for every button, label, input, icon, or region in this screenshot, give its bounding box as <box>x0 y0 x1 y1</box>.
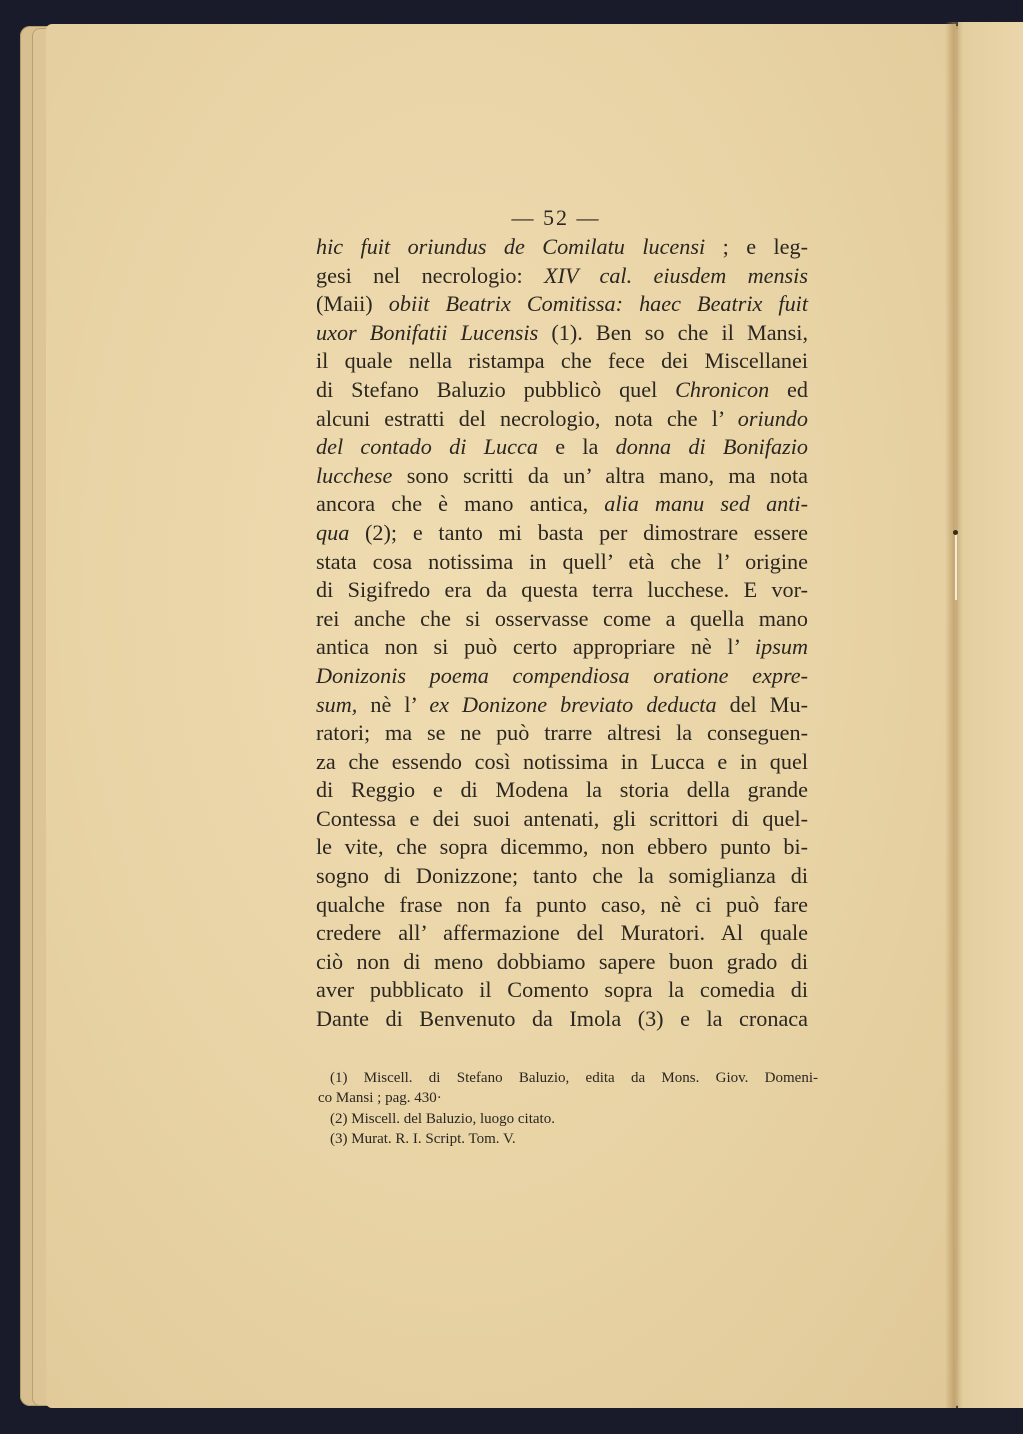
text-line: uxor Bonifatii Lucensis (1). Ben so che … <box>316 319 808 348</box>
text-segment: ; e leg- <box>705 234 808 259</box>
text-line: za che essendo così notissima in Lucca e… <box>316 748 808 777</box>
text-line: antica non si può certo appropriare nè l… <box>316 633 808 662</box>
text-line: di Sigifredo era da questa terra lucches… <box>316 576 808 605</box>
text-segment: ancora che è mano antica, <box>316 491 604 516</box>
text-segment: ratori; ma se ne può trarre altresi la c… <box>316 720 808 745</box>
italic-latin-text: qua <box>316 520 349 545</box>
italic-latin-text: ex Donizone breviato deducta <box>429 692 716 717</box>
italic-latin-text: XIV cal. eiusdem mensis <box>544 263 808 288</box>
text-line: Donizonis poema compendiosa oratione exp… <box>316 662 808 691</box>
footnote-text: co Mansi ; pag. 430· <box>318 1090 442 1106</box>
text-line: sum, nè l’ ex Donizone breviato deducta … <box>316 691 808 720</box>
text-line: Contessa e dei suoi antenati, gli scritt… <box>316 805 808 834</box>
italic-latin-text: ipsum <box>755 634 808 659</box>
text-segment: sogno di Donizzone; tanto che la somigli… <box>316 863 808 888</box>
body-paragraph: hic fuit oriundus de Comilatu lucensi ; … <box>316 233 808 1034</box>
footnote-marker: (3) <box>330 1131 351 1147</box>
text-line: ciò non di meno dobbiamo sapere buon gra… <box>316 948 808 977</box>
text-line: credere all’ affermazione del Muratori. … <box>316 919 808 948</box>
text-segment: alcuni estratti del necrologio, nota che… <box>316 406 738 431</box>
text-segment: (2); e tanto mi basta per dimostrare ess… <box>349 520 808 545</box>
page-marker-strip <box>955 530 957 600</box>
text-segment: di Sigifredo era da questa terra lucches… <box>316 577 808 602</box>
page-marker-dot <box>953 530 958 535</box>
text-segment: ed <box>769 377 808 402</box>
italic-latin-text: oriundo <box>738 406 808 431</box>
footnote-text: Miscell. del Baluzio, luogo citato. <box>351 1111 555 1127</box>
footnote-line: (1) Miscell. di Stefano Baluzio, edita d… <box>318 1068 818 1088</box>
text-line: stata cosa notissima in quell’ età che l… <box>316 548 808 577</box>
italic-latin-text: donna di Bonifazio <box>616 434 808 459</box>
text-segment: za che essendo così notissima in Lucca e… <box>316 749 808 774</box>
italic-latin-text: sum, <box>316 692 357 717</box>
text-line: Dante di Benvenuto da Imola (3) e la cro… <box>316 1005 808 1034</box>
footnote-line: (2) Miscell. del Baluzio, luogo citato. <box>318 1109 818 1129</box>
footnote-marker: (2) <box>330 1111 351 1127</box>
text-segment: del Mu- <box>717 692 808 717</box>
text-line: rei anche che si osservasse come a quell… <box>316 605 808 634</box>
footnote-text: Miscell. di Stefano Baluzio, edita da Mo… <box>364 1070 818 1086</box>
italic-latin-text: obiit Beatrix Comitissa: haec Beatrix fu… <box>389 291 808 316</box>
text-line: il quale nella ristampa che fece dei Mis… <box>316 347 808 376</box>
text-segment: di Reggio e di Modena la storia della gr… <box>316 777 808 802</box>
footnote-line: (3) Murat. R. I. Script. Tom. V. <box>318 1129 818 1149</box>
text-segment: di Stefano Baluzio pubblicò quel <box>316 377 675 402</box>
text-line: gesi nel necrologio: XIV cal. eiusdem me… <box>316 262 808 291</box>
footnote-text: Murat. R. I. Script. Tom. V. <box>351 1131 515 1147</box>
text-line: qualche frase non fa punto caso, nè ci p… <box>316 891 808 920</box>
text-line: sogno di Donizzone; tanto che la somigli… <box>316 862 808 891</box>
text-segment: rei anche che si osservasse come a quell… <box>316 606 808 631</box>
text-segment: gesi nel necrologio: <box>316 263 544 288</box>
italic-latin-text: alia manu sed anti- <box>604 491 808 516</box>
text-line: del contado di Lucca e la donna di Bonif… <box>316 433 808 462</box>
text-line: ancora che è mano antica, alia manu sed … <box>316 490 808 519</box>
text-line: di Stefano Baluzio pubblicò quel Chronic… <box>316 376 808 405</box>
italic-latin-text: uxor Bonifatii Lucensis <box>316 320 538 345</box>
text-segment: ciò non di meno dobbiamo sapere buon gra… <box>316 949 808 974</box>
text-segment: e la <box>538 434 616 459</box>
text-segment: le vite, che sopra dicemmo, non ebbero p… <box>316 834 808 859</box>
text-segment: Dante di Benvenuto da Imola (3) e la cro… <box>316 1006 808 1031</box>
text-line: aver pubblicato il Comento sopra la come… <box>316 976 808 1005</box>
text-line: le vite, che sopra dicemmo, non ebbero p… <box>316 833 808 862</box>
footnotes: (1) Miscell. di Stefano Baluzio, edita d… <box>318 1068 818 1150</box>
text-segment: sono scritti da un’ altra mano, ma nota <box>392 463 808 488</box>
text-line: ratori; ma se ne può trarre altresi la c… <box>316 719 808 748</box>
italic-latin-text: Donizonis poema compendiosa oratione exp… <box>316 663 808 688</box>
text-segment: aver pubblicato il Comento sopra la come… <box>316 977 808 1002</box>
text-segment: Contessa e dei suoi antenati, gli scritt… <box>316 806 808 831</box>
text-segment: (1). Ben so che il Mansi, <box>538 320 808 345</box>
text-segment: stata cosa notissima in quell’ età che l… <box>316 549 808 574</box>
text-line: qua (2); e tanto mi basta per dimostrare… <box>316 519 808 548</box>
text-segment: nè l’ <box>357 692 429 717</box>
italic-latin-text: hic fuit oriundus de Comilatu lucensi <box>316 234 705 259</box>
italic-latin-text: lucchese <box>316 463 392 488</box>
italic-latin-text: del contado di Lucca <box>316 434 538 459</box>
text-line: alcuni estratti del necrologio, nota che… <box>316 405 808 434</box>
footnote-marker: (1) <box>330 1070 364 1086</box>
text-segment: antica non si può certo appropriare nè l… <box>316 634 755 659</box>
text-line: lucchese sono scritti da un’ altra mano,… <box>316 462 808 491</box>
facing-page-edge <box>958 22 1023 1408</box>
page-folio: — 52 — <box>304 203 808 233</box>
book-gutter <box>945 22 963 1408</box>
text-line: hic fuit oriundus de Comilatu lucensi ; … <box>316 233 808 262</box>
text-segment: (Maii) <box>316 291 389 316</box>
text-segment: il quale nella ristampa che fece dei Mis… <box>316 348 808 373</box>
footnote-line: co Mansi ; pag. 430· <box>318 1088 818 1108</box>
text-segment: qualche frase non fa punto caso, nè ci p… <box>316 892 808 917</box>
text-line: (Maii) obiit Beatrix Comitissa: haec Bea… <box>316 290 808 319</box>
text-segment: credere all’ affermazione del Muratori. … <box>316 920 808 945</box>
text-line: di Reggio e di Modena la storia della gr… <box>316 776 808 805</box>
italic-latin-text: Chronicon <box>675 377 769 402</box>
main-text-block: — 52 — hic fuit oriundus de Comilatu luc… <box>316 203 808 1034</box>
